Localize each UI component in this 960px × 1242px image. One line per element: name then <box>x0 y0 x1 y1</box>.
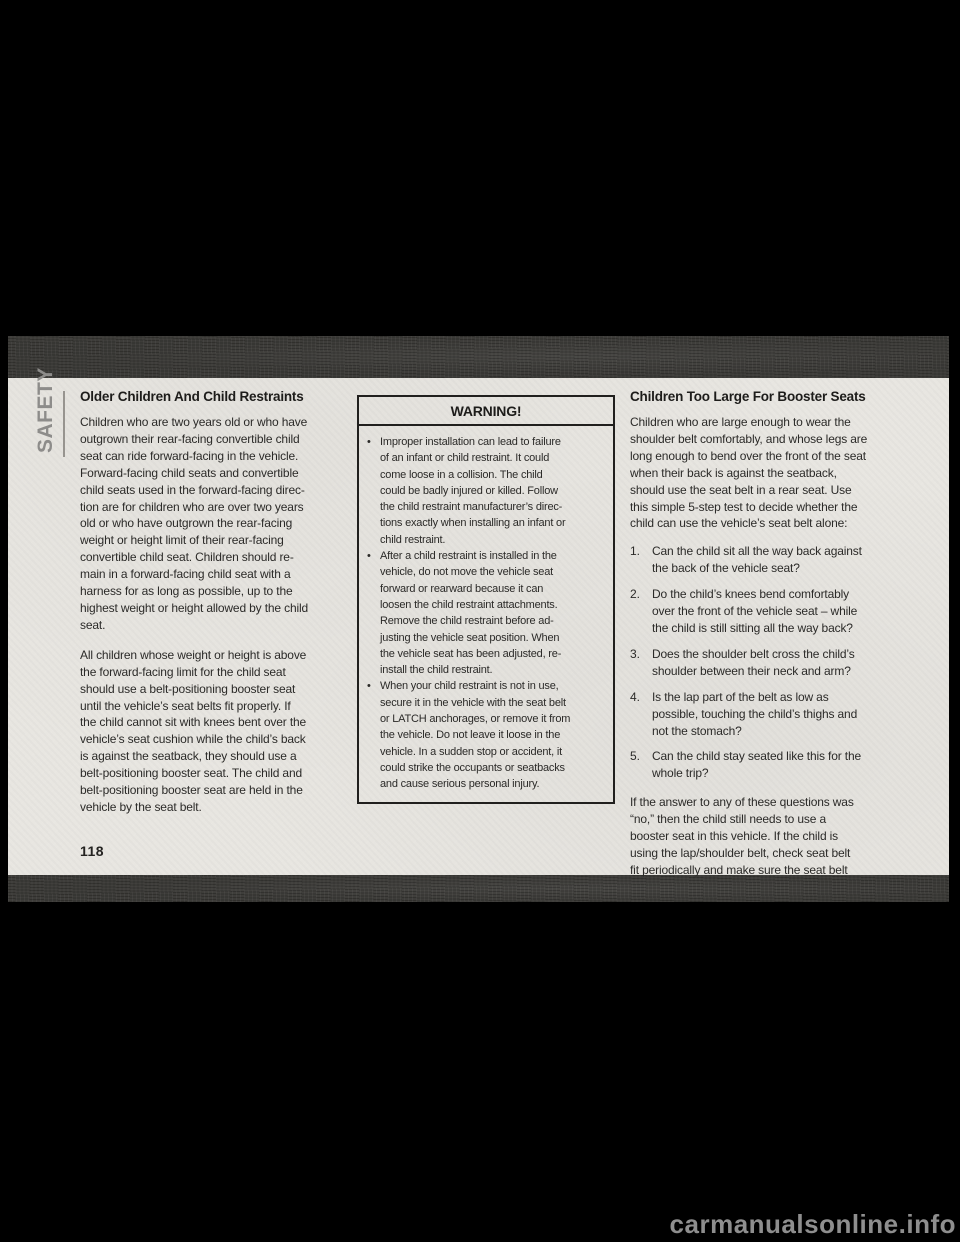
bottom-texture-band <box>8 875 949 902</box>
paragraph: All children whose weight or height is a… <box>80 647 342 816</box>
step-item: 5. Can the child stay seated like this f… <box>630 748 900 782</box>
column-older-children: Older Children And Child Restraints Chil… <box>80 388 342 829</box>
step-number: 2. <box>630 586 652 603</box>
warning-bullet-item: • When your child restraint is not in us… <box>367 678 608 792</box>
paragraph: Children who are large enough to wear th… <box>630 414 900 532</box>
paragraph: Children who are two years old or who ha… <box>80 414 342 634</box>
warning-bullet-text: Improper installation can lead to failur… <box>380 434 565 548</box>
watermark-text: carmanualsonline.info <box>670 1209 956 1240</box>
step-item: 4. Is the lap part of the belt as low as… <box>630 689 900 740</box>
bullet-icon: • <box>367 678 380 694</box>
warning-bullet-text: After a child restraint is installed in … <box>380 548 561 678</box>
step-number: 1. <box>630 543 652 560</box>
section-heading-booster-seats: Children Too Large For Booster Seats <box>630 388 900 405</box>
step-number: 3. <box>630 646 652 663</box>
top-texture-band <box>8 336 949 378</box>
step-number: 5. <box>630 748 652 765</box>
step-text: Do the child’s knees bend comfortably ov… <box>652 586 857 637</box>
safety-chapter-tab: SAFETY <box>34 367 58 453</box>
step-text: Is the lap part of the belt as low as po… <box>652 689 857 740</box>
step-text: Can the child stay seated like this for … <box>652 748 861 782</box>
bullet-icon: • <box>367 548 380 564</box>
step-item: 2. Do the child’s knees bend comfortably… <box>630 586 900 637</box>
step-text: Does the shoulder belt cross the child’s… <box>652 646 855 680</box>
manual-page-scan: SAFETY Older Children And Child Restrain… <box>0 0 960 1242</box>
warning-bullet-item: • Improper installation can lead to fail… <box>367 434 608 548</box>
warning-bullet-item: • After a child restraint is installed i… <box>367 548 608 678</box>
warning-title: WARNING! <box>359 397 613 426</box>
step-number: 4. <box>630 689 652 706</box>
step-text: Can the child sit all the way back again… <box>652 543 862 577</box>
warning-box: WARNING! • Improper installation can lea… <box>357 395 615 804</box>
bullet-icon: • <box>367 434 380 450</box>
warning-body: • Improper installation can lead to fail… <box>359 426 613 802</box>
section-heading-older-children: Older Children And Child Restraints <box>80 388 342 405</box>
paragraph: If the answer to any of these questions … <box>630 794 900 879</box>
step-item: 3. Does the shoulder belt cross the chil… <box>630 646 900 680</box>
safety-tab-divider <box>63 391 65 457</box>
page-number: 118 <box>80 843 104 859</box>
step-item: 1. Can the child sit all the way back ag… <box>630 543 900 577</box>
paper-page: SAFETY Older Children And Child Restrain… <box>8 336 949 902</box>
warning-bullet-text: When your child restraint is not in use,… <box>380 678 570 792</box>
column-booster-seats: Children Too Large For Booster Seats Chi… <box>630 388 900 879</box>
